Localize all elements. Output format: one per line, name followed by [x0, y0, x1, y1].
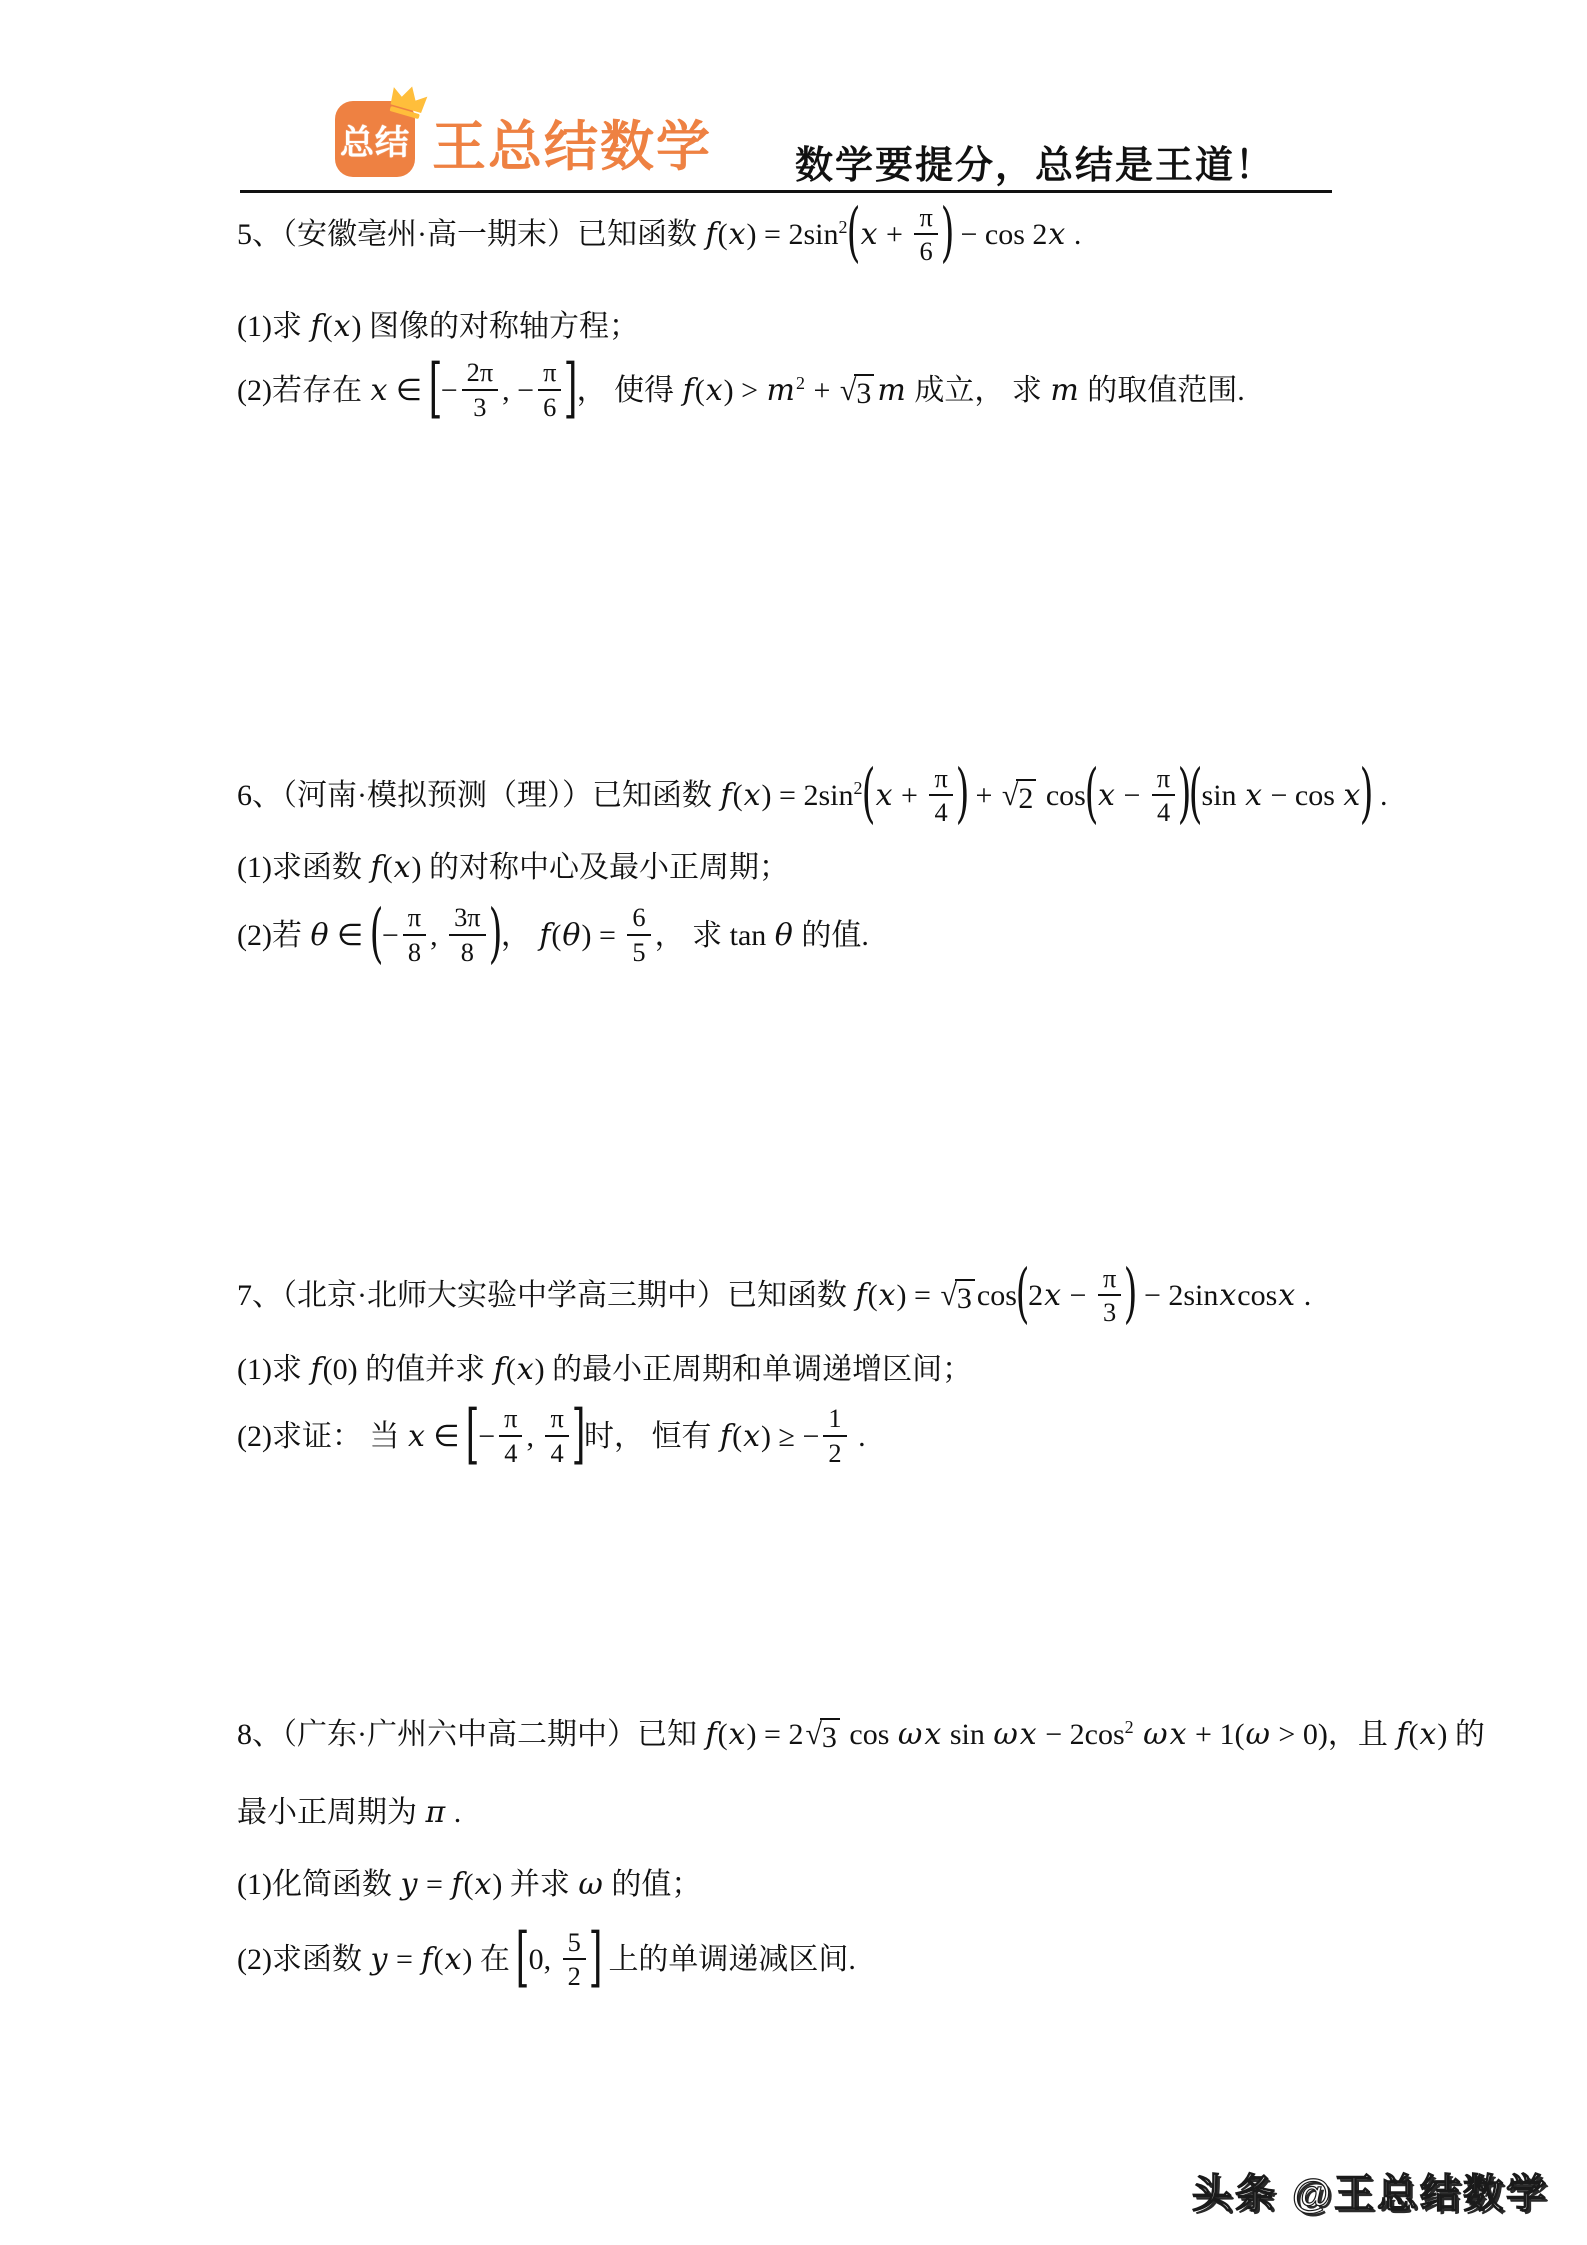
problem-7-part-1: (1)求 f(0) 的值并求 f(x) 的最小正周期和单调递增区间；	[237, 1347, 1311, 1392]
problem-5-part-2: (2)若存在 x ∈ [−2π3, −π6]， 使得 f(x) > m2 + √…	[237, 361, 1245, 426]
problem-5: 5、（安徽亳州·高一期末）已知函数 f(x) = 2sin2(x + π6) −…	[237, 205, 1245, 425]
problem-7: 7、（北京·北师大实验中学高三期中）已知函数 f(x) = √3cos(2x −…	[237, 1266, 1311, 1471]
problem-8-part-2: (2)求函数 y = f(x) 在 [0, 52] 上的单调递减区间.	[237, 1930, 1485, 1995]
worksheet-page: 总结 王总结数学 数学要提分，总结是王道！ 5、（安徽亳州·高一期末）已知函数 …	[0, 0, 1587, 2245]
brand-logo-badge: 总结	[335, 101, 415, 177]
problem-6: 6、（河南·模拟预测（理））已知函数 f(x) = 2sin2(x + π4) …	[237, 766, 1388, 970]
problem-7-part-2: (2)求证： 当 x ∈ [−π4, π4]时， 恒有 f(x) ≥ −12 .	[237, 1407, 1311, 1472]
watermark: 头条 @王总结数学	[1192, 2162, 1549, 2219]
brand-name: 王总结数学	[432, 104, 712, 181]
problem-6-part-1: (1)求函数 f(x) 的对称中心及最小正周期；	[237, 845, 1388, 890]
problem-5-part-1: (1)求 f(x) 图像的对称轴方程；	[237, 304, 1245, 349]
problem-8-stem: 8、（广东·广州六中高二期中）已知 f(x) = 2√3 cos ωx sin …	[237, 1712, 1485, 1757]
problem-6-stem: 6、（河南·模拟预测（理））已知函数 f(x) = 2sin2(x + π4) …	[237, 766, 1388, 831]
problem-8: 8、（广东·广州六中高二期中）已知 f(x) = 2√3 cos ωx sin …	[237, 1712, 1485, 1995]
brand-slogan: 数学要提分，总结是王道！	[795, 134, 1275, 189]
problem-6-part-2: (2)若 θ ∈ (−π8, 3π8)， f(θ) = 65， 求 tan θ …	[237, 906, 1388, 971]
problem-5-stem: 5、（安徽亳州·高一期末）已知函数 f(x) = 2sin2(x + π6) −…	[237, 205, 1245, 270]
header-divider	[240, 190, 1332, 193]
problem-8-part-1: (1)化简函数 y = f(x) 并求 ω 的值；	[237, 1862, 1485, 1907]
problem-8-stem-continued: 最小正周期为 π .	[237, 1790, 1485, 1835]
problem-7-stem: 7、（北京·北师大实验中学高三期中）已知函数 f(x) = √3cos(2x −…	[237, 1266, 1311, 1331]
logo-badge-text: 总结	[340, 115, 410, 164]
